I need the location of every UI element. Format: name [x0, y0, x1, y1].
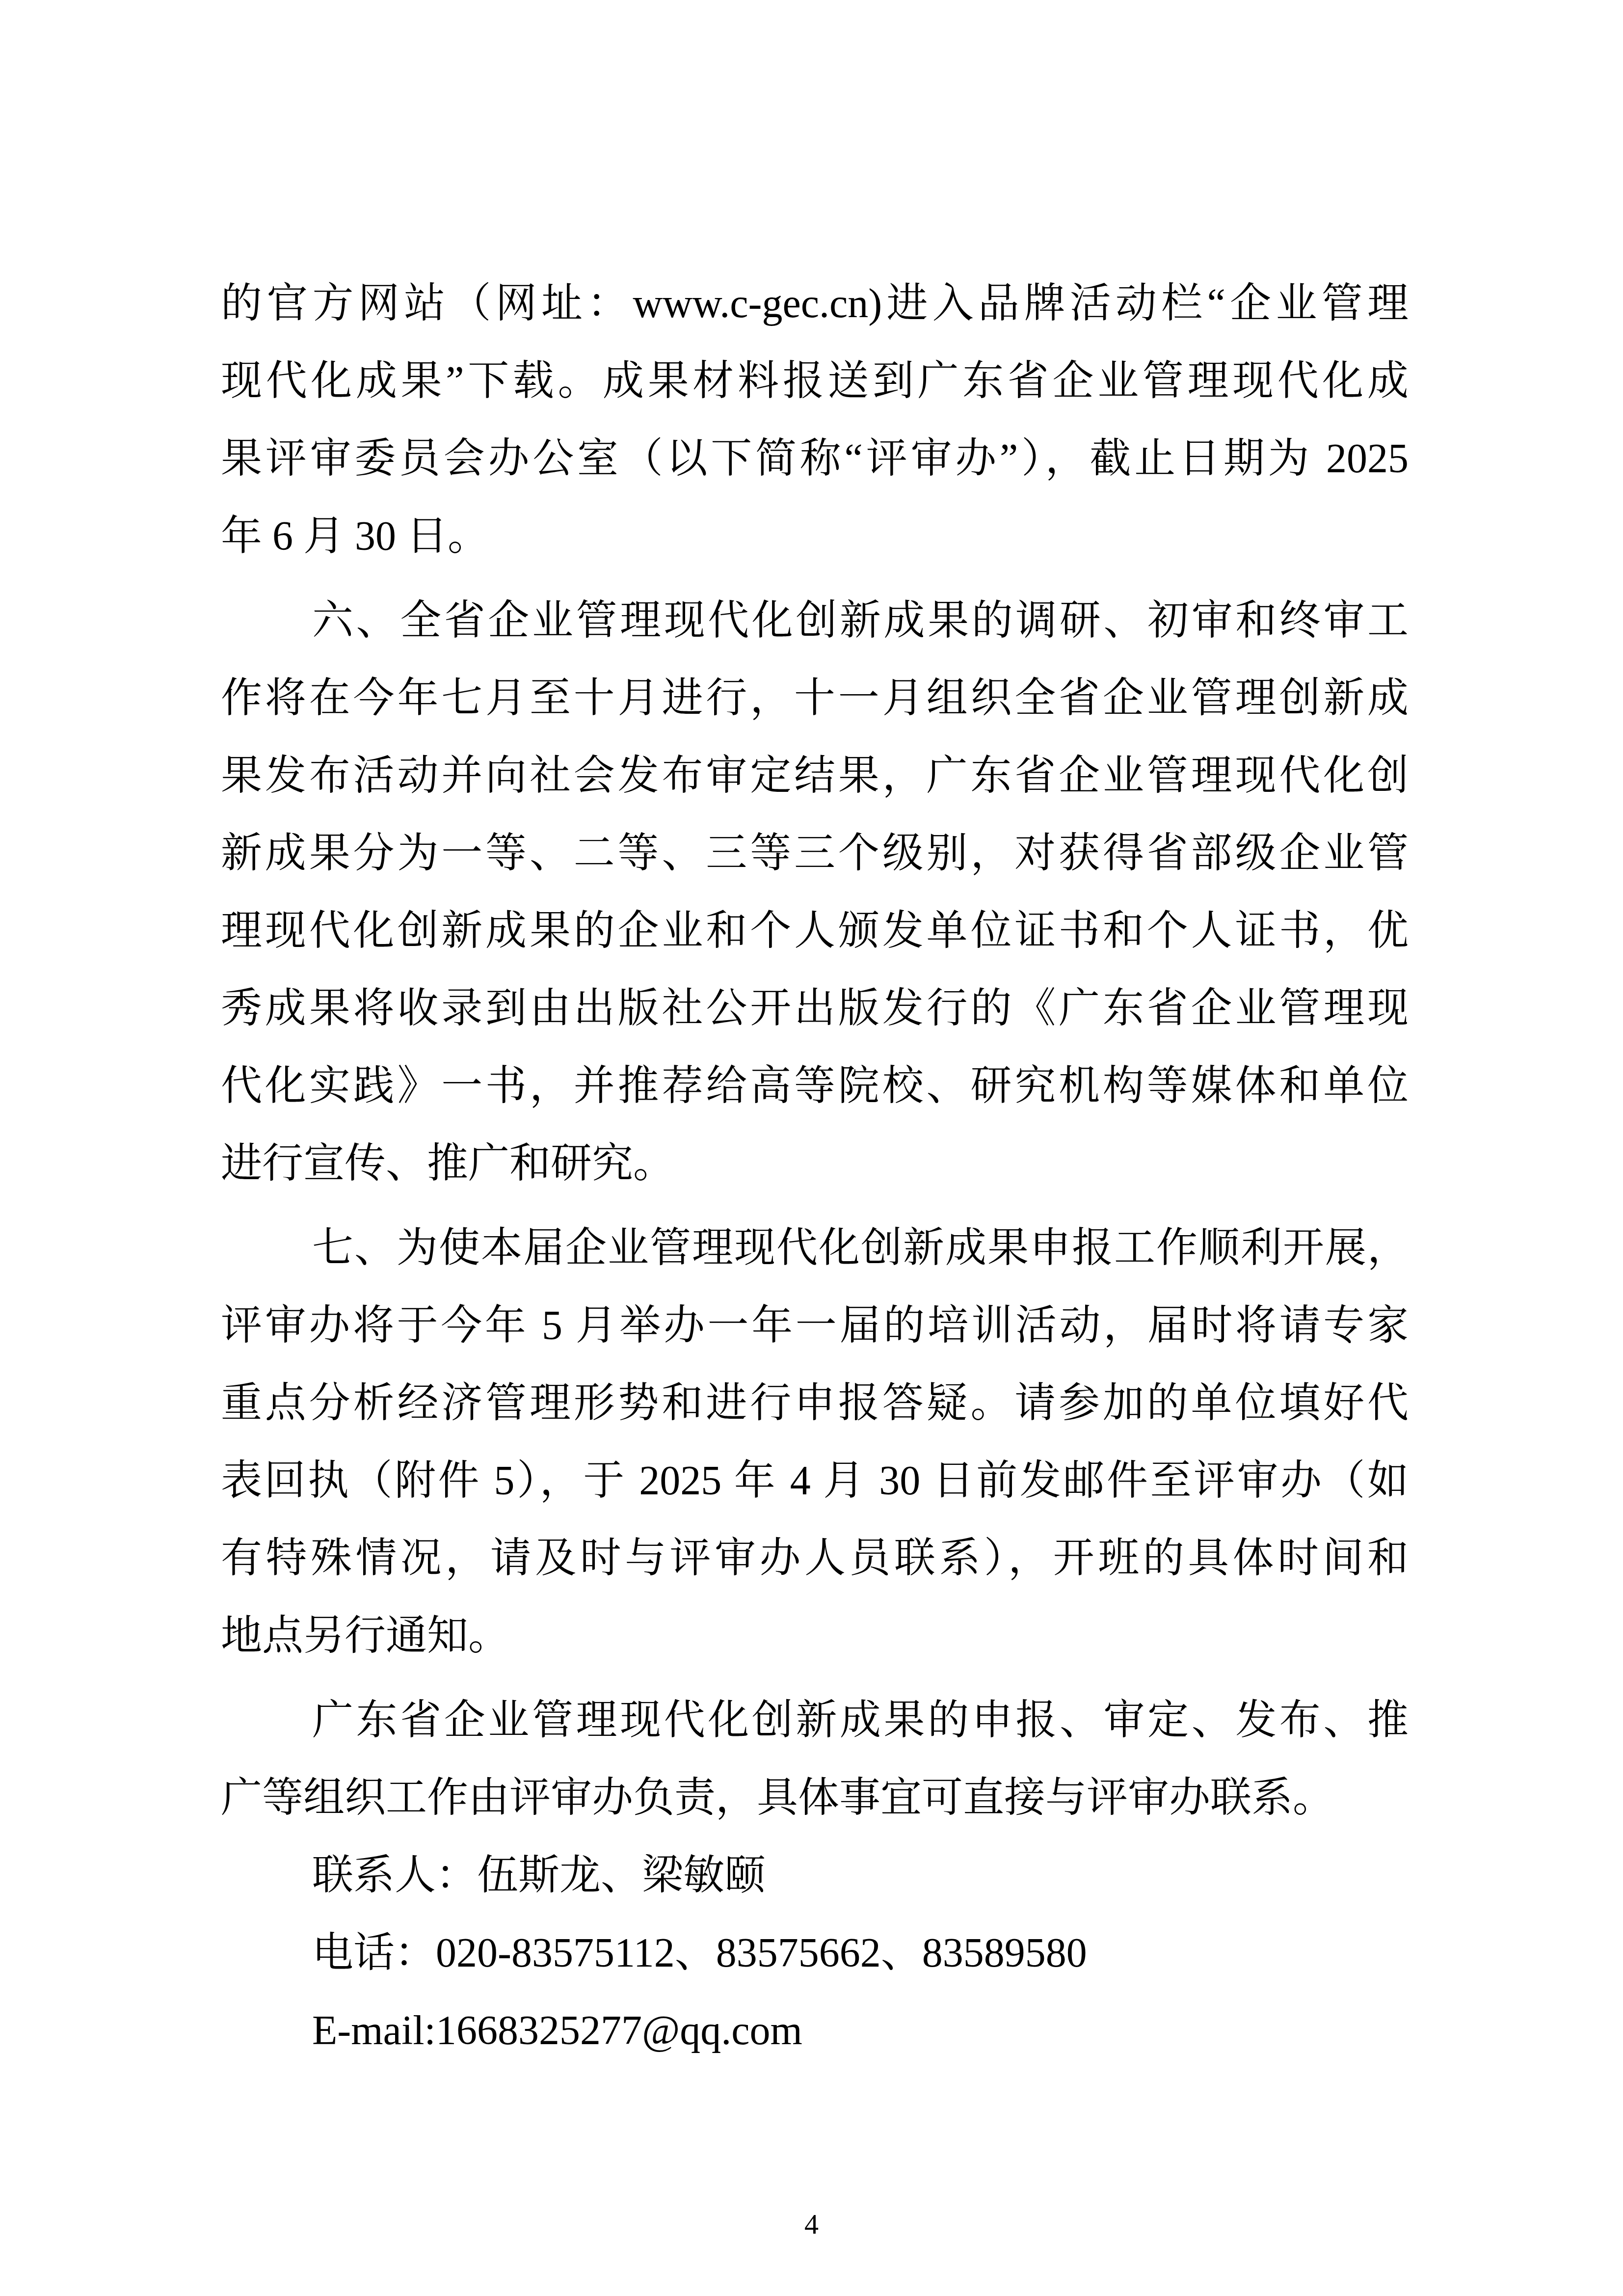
text-line: 评审办将于今年 5 月举办一年一届的培训活动，届时将请专家: [221, 1287, 1409, 1365]
document-body: 的官方网站（网址：www.c-gec.cn)进入品牌活动栏“企业管理现代化成果”…: [221, 265, 1409, 2070]
text-line: 有特殊情况，请及时与评审办人员联系），开班的具体时间和: [221, 1520, 1409, 1597]
text-line: 秀成果将收录到由出版社公开出版发行的《广东省企业管理现: [221, 970, 1409, 1048]
text-line: 广东省企业管理现代化创新成果的申报、审定、发布、推: [221, 1682, 1409, 1759]
text-line: 代化实践》一书，并推荐给高等院校、研究机构等媒体和单位: [221, 1048, 1409, 1125]
text-line: 理现代化创新成果的企业和个人颁发单位证书和个人证书，优: [221, 892, 1409, 970]
text-line: 联系人：伍斯龙、梁敏颐: [221, 1837, 1409, 1915]
text-line: E-mail:1668325277@qq.com: [221, 1992, 1409, 2070]
text-line: 作将在今年七月至十月进行，十一月组织全省企业管理创新成: [221, 660, 1409, 737]
text-line: 电话：020-83575112、83575662、83589580: [221, 1915, 1409, 1992]
text-line: 六、全省企业管理现代化创新成果的调研、初审和终审工: [221, 582, 1409, 660]
text-line: 表回执（附件 5），于 2025 年 4 月 30 日前发邮件至评审办（如: [221, 1442, 1409, 1520]
text-line: 新成果分为一等、二等、三等三个级别，对获得省部级企业管: [221, 815, 1409, 892]
text-line: 果发布活动并向社会发布审定结果，广东省企业管理现代化创: [221, 737, 1409, 815]
document-page: 的官方网站（网址：www.c-gec.cn)进入品牌活动栏“企业管理现代化成果”…: [0, 0, 1623, 2296]
text-line: 现代化成果”下载。成果材料报送到广东省企业管理现代化成: [221, 343, 1409, 420]
text-line: 七、为使本届企业管理现代化创新成果申报工作顺利开展，: [221, 1210, 1409, 1287]
text-line: 地点另行通知。: [221, 1597, 1409, 1675]
text-line: 年 6 月 30 日。: [221, 498, 1409, 575]
text-line: 进行宣传、推广和研究。: [221, 1125, 1409, 1203]
text-line: 的官方网站（网址：www.c-gec.cn)进入品牌活动栏“企业管理: [221, 265, 1409, 343]
text-line: 果评审委员会办公室（以下简称“评审办”），截止日期为 2025: [221, 420, 1409, 498]
page-number: 4: [0, 2207, 1623, 2242]
text-line: 重点分析经济管理形势和进行申报答疑。请参加的单位填好代: [221, 1365, 1409, 1442]
text-line: 广等组织工作由评审办负责，具体事宜可直接与评审办联系。: [221, 1759, 1409, 1837]
